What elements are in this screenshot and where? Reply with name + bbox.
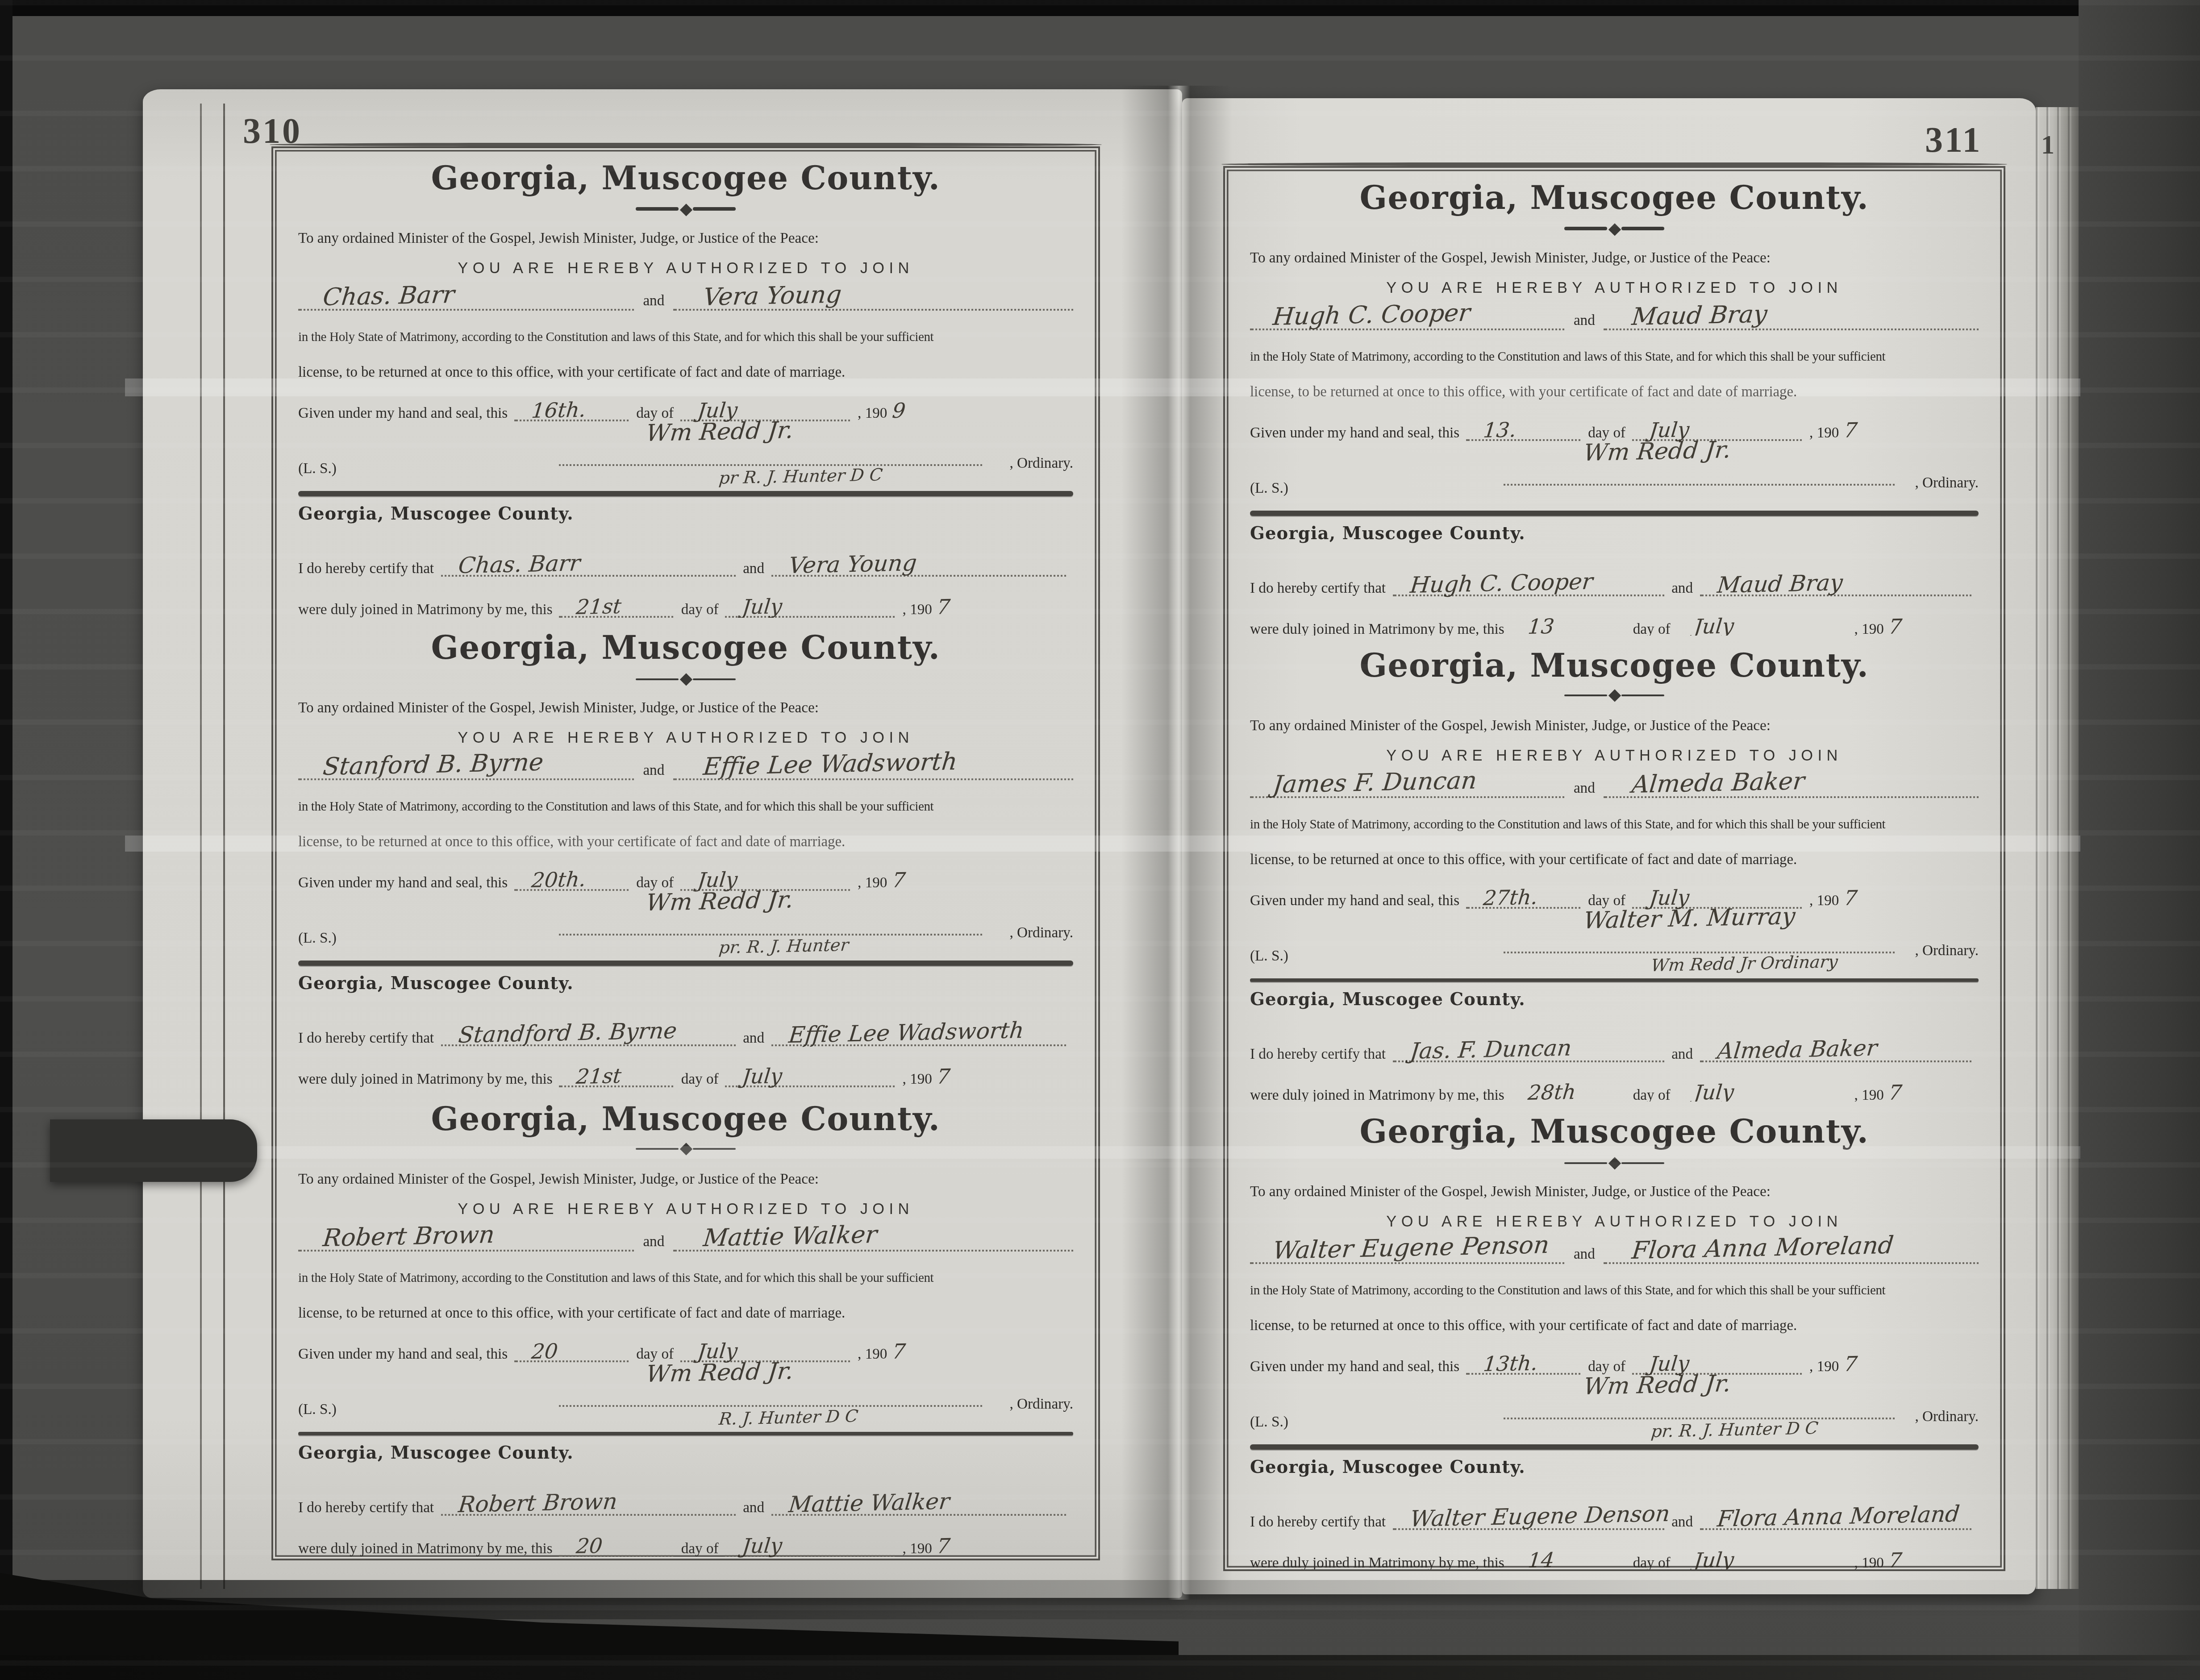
certify-bride-line: Effie Lee Wadsworth [771,1016,1066,1046]
license-month-handwritten: July [697,1338,739,1364]
license-day-handwritten: 16th. [531,397,587,423]
certify-bride-line: Mattie Walker [771,1486,1066,1516]
section-divider-rule [1250,511,1979,515]
married-year-handwritten: 7 [1887,1080,1903,1102]
certify-groom-handwritten: Walter Eugene Denson [1409,1500,1671,1532]
license-signature-row: (L. S.) Wm Redd Jr. , Ordinary. [1250,446,1979,500]
certify-label: I do hereby certify that [1250,1514,1386,1530]
authorization-caption: YOU ARE HEREBY AUTHORIZED TO JOIN [1250,279,1979,296]
certificate-slot-6: Georgia, Muscogee County. To any ordaine… [1225,1102,2004,1569]
ornament-line [693,1148,736,1150]
bride-name-handwritten: Almeda Baker [1630,767,1806,799]
license-day-line: 13th. [1467,1350,1581,1375]
married-year-handwritten: 7 [936,1534,951,1559]
certify-names-row: I do hereby certify that Hugh C. Cooper … [1250,565,1979,595]
license-year-group: , 190 7 [1809,1350,1856,1375]
bride-name-line: Effie Lee Wadsworth [673,749,1073,781]
married-year-handwritten: 7 [1887,1547,1903,1569]
deputy-signature-handwritten: Wm Redd Jr Ordinary [1651,952,1840,976]
certificate-slot-3: Georgia, Muscogee County. To any ordaine… [273,1089,1098,1559]
ornament-line [1564,1161,1607,1164]
certify-names-row: I do hereby certify that Jas. F. Duncan … [1250,1032,1979,1063]
ordinary-label: , Ordinary. [1915,475,1979,491]
ordinary-label: , Ordinary. [1915,942,1979,958]
license-return-clause: license, to be returned at once to this … [298,834,1073,850]
married-day-handwritten: 21st [576,1063,624,1089]
ornament-line [1622,694,1665,697]
license-year-group: , 190 7 [1809,883,1856,908]
given-label: Given under my hand and seal, this [298,1346,508,1362]
bride-name-handwritten: Vera Young [701,281,842,312]
scan-bottom-bar [0,1655,2200,1680]
certify-names-row: I do hereby certify that Walter Eugene D… [1250,1500,1979,1530]
matrimony-clause: in the Holy State of Matrimony, accordin… [298,1269,1050,1285]
section-divider-rule [298,491,1073,495]
authorized-names-row: Chas. Barr and Vera Young [298,279,1073,311]
section-divider-rule [1250,1445,1979,1449]
scale-wrapper: 310 Georgia, Muscogee County. To any ord… [0,0,2200,1680]
certify-groom-handwritten: Standford B. Byrne [457,1016,678,1048]
authorization-caption: YOU ARE HEREBY AUTHORIZED TO JOIN [298,259,1073,277]
left-page-edge-lines [200,104,225,1589]
license-signature-row: (L. S.) Wm Redd Jr. pr R. J. Hunter D C … [298,427,1073,480]
certify-label: I do hereby certify that [1250,579,1386,595]
groom-name-handwritten: Walter Eugene Penson [1272,1232,1551,1266]
married-year-group: , 190 7 [1854,1546,1901,1569]
joined-label: were duly joined in Matrimony by me, thi… [298,1071,553,1087]
certify-bride-handwritten: Maud Bray [1716,568,1844,598]
ornament-diamond [1608,690,1620,701]
married-day-line: 21st [560,592,674,617]
salutation-line: To any ordained Minister of the Gospel, … [1250,250,1979,266]
county-heading: Georgia, Muscogee County. [1250,1114,1979,1152]
ordinary-label: , Ordinary. [1009,925,1073,941]
scan-right-shade [2079,0,2200,1680]
authorized-names-row: Walter Eugene Penson and Flora Anna More… [1250,1232,1979,1264]
marriage-date-row: were duly joined in Matrimony by me, thi… [1250,1546,1979,1569]
married-month-handwritten: July [1694,1547,1736,1569]
license-return-clause: license, to be returned at once to this … [298,1305,1073,1321]
marriage-date-row: were duly joined in Matrimony by me, thi… [1250,1079,1979,1102]
certify-groom-handwritten: Jas. F. Duncan [1409,1035,1573,1065]
certify-groom-handwritten: Robert Brown [457,1488,619,1518]
joined-label: were duly joined in Matrimony by me, thi… [298,1541,553,1557]
and-label: and [643,1233,664,1251]
bride-name-line: Almeda Baker [1604,765,1979,798]
divider-ornament-icon [298,204,1073,214]
certify-bride-handwritten: Mattie Walker [787,1488,951,1518]
license-return-clause: license, to be returned at once to this … [298,364,1073,380]
married-month-line: July [1678,1546,1847,1569]
ordinary-label: , Ordinary. [1009,1396,1073,1412]
license-month-handwritten: July [1649,884,1691,910]
certify-label: I do hereby certify that [298,560,434,576]
given-label: Given under my hand and seal, this [1250,425,1459,441]
and-label: and [643,763,664,781]
bride-name-handwritten: Effie Lee Wadsworth [701,749,958,782]
certify-bride-handwritten: Vera Young [787,548,918,578]
groom-name-handwritten: James F. Duncan [1272,766,1479,799]
and-label: and [743,560,764,576]
married-year-group: , 190 7 [1854,611,1901,635]
certify-groom-line: Robert Brown [441,1486,736,1516]
certify-bride-handwritten: Almeda Baker [1716,1035,1879,1065]
authorized-names-row: Stanford B. Byrne and Effie Lee Wadswort… [298,749,1073,781]
seal-label: (L. S.) [1250,1414,1288,1430]
license-date-row: Given under my hand and seal, this 20 da… [298,1337,1073,1362]
certify-bride-handwritten: Effie Lee Wadsworth [787,1016,1025,1048]
ordinary-signature-block: Wm Redd Jr. pr. R. J. Hunter , Ordinary. [462,897,1073,950]
county-heading: Georgia, Muscogee County. [1250,180,1979,218]
married-day-handwritten: 13 [1528,613,1556,635]
salutation-line: To any ordained Minister of the Gospel, … [298,1171,1073,1187]
salutation-line: To any ordained Minister of the Gospel, … [1250,1184,1979,1200]
and-label: and [743,1030,764,1046]
book-page-edges: 1 [2036,107,2079,1589]
ordinary-signature-block: Wm Redd Jr. R. J. Hunter D C , Ordinary. [462,1367,1073,1421]
certify-groom-line: Standford B. Byrne [441,1016,736,1046]
married-month-line: July [1678,1079,1847,1102]
and-label: and [1671,1514,1693,1530]
page-310: 310 Georgia, Muscogee County. To any ord… [143,89,1182,1598]
matrimony-clause: in the Holy State of Matrimony, accordin… [298,798,1050,815]
year-prefix-label: , 190 [1854,1555,1884,1569]
county-heading: Georgia, Muscogee County. [1250,648,1979,685]
married-day-handwritten: 21st [576,593,624,618]
married-year-group: , 190 7 [903,592,949,617]
marriage-certificate: Georgia, Muscogee County. To any ordaine… [273,618,1098,1088]
day-of-label: day of [636,875,674,891]
certify-county-heading: Georgia, Muscogee County. [298,504,1073,524]
certify-groom-line: Jas. F. Duncan [1393,1032,1664,1063]
year-prefix-label: , 190 [903,601,932,617]
certify-county-heading: Georgia, Muscogee County. [1250,991,1979,1011]
license-year-group: , 190 9 [858,396,904,421]
deputy-signature-handwritten: pr. R. J. Hunter D C [1651,1420,1820,1443]
ornament-line [635,208,678,210]
married-year-handwritten: 7 [1887,613,1903,635]
certify-label: I do hereby certify that [1250,1047,1386,1063]
and-label: and [643,293,664,311]
license-date-row: Given under my hand and seal, this 13th.… [1250,1350,1979,1375]
certify-county-heading: Georgia, Muscogee County. [1250,524,1979,544]
certify-county-heading: Georgia, Muscogee County. [1250,1459,1979,1478]
authorization-caption: YOU ARE HEREBY AUTHORIZED TO JOIN [1250,746,1979,764]
license-day-handwritten: 27th. [1483,884,1539,910]
groom-name-line: Hugh C. Cooper [1250,298,1565,330]
license-day-line: 20th. [515,866,629,891]
year-prefix-label: , 190 [858,405,887,421]
license-year-handwritten: 7 [891,1338,906,1364]
certificate-frame-right: Georgia, Muscogee County. To any ordaine… [1223,166,2005,1571]
license-date-row: Given under my hand and seal, this 20th.… [298,866,1073,891]
ornament-diamond [1608,223,1620,234]
matrimony-clause: in the Holy State of Matrimony, accordin… [1250,1282,1957,1298]
certify-names-row: I do hereby certify that Chas. Barr and … [298,545,1073,576]
and-label: and [1671,579,1693,595]
seal-label: (L. S.) [1250,480,1288,496]
license-year-handwritten: 7 [891,868,906,894]
license-signature-row: (L. S.) Wm Redd Jr. R. J. Hunter D C , O… [298,1367,1073,1421]
day-of-label: day of [681,1071,719,1087]
marriage-date-row: were duly joined in Matrimony by me, thi… [1250,611,1979,635]
license-day-handwritten: 20 [531,1338,559,1363]
married-day-line: 20 [560,1532,674,1557]
joined-label: were duly joined in Matrimony by me, thi… [1250,620,1504,635]
ordinary-signature-handwritten: Wm Redd Jr. [1583,1372,1733,1402]
salutation-line: To any ordained Minister of the Gospel, … [298,700,1073,716]
joined-label: were duly joined in Matrimony by me, thi… [298,601,553,617]
married-year-group: , 190 7 [903,1532,949,1557]
ordinary-signature-block: Wm Redd Jr. pr. R. J. Hunter D C , Ordin… [1413,1381,1979,1434]
section-divider-rule [1250,978,1979,982]
certify-groom-line: Hugh C. Cooper [1393,565,1664,595]
seal-label: (L. S.) [298,931,337,947]
scan-top-bar [0,0,2200,16]
groom-name-handwritten: Robert Brown [322,1221,496,1253]
married-month-line: July [726,1532,896,1557]
marriage-date-row: were duly joined in Matrimony by me, thi… [298,1532,1073,1557]
seal-label: (L. S.) [298,1401,337,1417]
divider-ornament-icon [1250,690,1979,701]
groom-name-line: Stanford B. Byrne [298,749,634,781]
married-year-group: , 190 7 [903,1062,949,1087]
deputy-signature-handwritten: pr R. J. Hunter D C [718,466,884,489]
license-day-handwritten: 13th. [1483,1351,1539,1377]
day-of-label: day of [681,601,719,617]
and-label: and [1574,1247,1595,1264]
divider-ornament-icon [1250,223,1979,234]
license-year-group: , 190 7 [858,866,904,891]
day-of-label: day of [1588,1359,1625,1375]
license-signature-row: (L. S.) Walter M. Murray Wm Redd Jr Ordi… [1250,914,1979,967]
certificate-slot-4: Georgia, Muscogee County. To any ordaine… [1225,168,2004,635]
section-divider-rule [298,1431,1073,1436]
and-label: and [1574,780,1595,798]
ordinary-signature-handwritten: Walter M. Murray [1583,904,1797,935]
married-month-handwritten: July [1694,1080,1736,1102]
license-month-line: July [681,1337,850,1362]
year-prefix-label: , 190 [858,875,887,891]
matrimony-clause: in the Holy State of Matrimony, accordin… [298,329,1050,345]
seal-label: (L. S.) [298,461,337,477]
ordinary-signature-block: Wm Redd Jr. , Ordinary. [1413,446,1979,500]
ordinary-signature-handwritten: Wm Redd Jr. [645,1359,795,1389]
section-divider-rule [298,961,1073,965]
certificate-frame-left: Georgia, Muscogee County. To any ordaine… [271,146,1100,1560]
authorized-names-row: Hugh C. Cooper and Maud Bray [1250,298,1979,330]
marriage-certificate: Georgia, Muscogee County. To any ordaine… [1225,168,2004,635]
license-return-clause: license, to be returned at once to this … [1250,384,1979,400]
married-day-line: 13 [1512,611,1626,635]
day-of-label: day of [1633,620,1671,635]
certificate-slot-1: Georgia, Muscogee County. To any ordaine… [273,148,1098,618]
certify-groom-handwritten: Hugh C. Cooper [1409,567,1594,598]
groom-name-line: Robert Brown [298,1219,634,1251]
authorization-caption: YOU ARE HEREBY AUTHORIZED TO JOIN [1250,1213,1979,1231]
certificate-slot-5: Georgia, Muscogee County. To any ordaine… [1225,635,2004,1102]
license-day-handwritten: 20th. [531,867,587,894]
authorization-caption: YOU ARE HEREBY AUTHORIZED TO JOIN [298,729,1073,747]
given-label: Given under my hand and seal, this [1250,1359,1459,1375]
groom-name-line: Chas. Barr [298,279,634,311]
married-day-handwritten: 14 [1528,1547,1556,1570]
married-year-group: , 190 7 [1854,1079,1901,1102]
certificate-slot-2: Georgia, Muscogee County. To any ordaine… [273,618,1098,1088]
license-day-line: 27th. [1467,883,1581,908]
married-month-line: July [726,592,896,617]
county-heading: Georgia, Muscogee County. [298,161,1073,198]
and-label: and [1574,312,1595,330]
day-of-label: day of [681,1541,719,1557]
year-prefix-label: , 190 [858,1346,887,1362]
license-date-row: Given under my hand and seal, this 27th.… [1250,883,1979,908]
ornament-line [1622,1161,1665,1164]
license-day-line: 13. [1467,416,1581,441]
married-day-line: 14 [1512,1546,1626,1569]
next-page-number: 1 [2041,132,2054,162]
divider-ornament-icon [298,674,1073,684]
salutation-line: To any ordained Minister of the Gospel, … [1250,717,1979,733]
license-day-handwritten: 13. [1483,417,1518,443]
page-edge-stripes [2036,107,2079,1589]
married-month-handwritten: July [742,593,784,619]
married-month-line: July [726,1062,896,1087]
deputy-signature-handwritten: R. J. Hunter D C [718,1407,859,1430]
certify-bride-line: Almeda Baker [1700,1032,1971,1063]
married-month-handwritten: July [1694,613,1736,635]
groom-name-handwritten: Hugh C. Cooper [1272,299,1472,332]
certify-names-row: I do hereby certify that Standford B. By… [298,1016,1073,1046]
license-year-group: , 190 7 [1809,416,1856,441]
license-month-line: July [681,866,850,891]
license-month-line: July [681,396,850,421]
page-311: 311 Georgia, Muscogee County. To any ord… [1182,98,2036,1594]
bride-name-line: Maud Bray [1604,298,1979,330]
authorization-caption: YOU ARE HEREBY AUTHORIZED TO JOIN [298,1199,1073,1217]
divider-ornament-icon [298,1144,1073,1155]
bride-name-line: Flora Anna Moreland [1604,1232,1979,1264]
marriage-certificate: Georgia, Muscogee County. To any ordaine… [273,148,1098,618]
marriage-certificate: Georgia, Muscogee County. To any ordaine… [273,1089,1098,1559]
groom-name-handwritten: Stanford B. Byrne [322,749,545,782]
license-signature-row: (L. S.) Wm Redd Jr. pr. R. J. Hunter D C… [1250,1381,1979,1434]
certify-bride-line: Vera Young [771,545,1066,576]
bride-name-line: Vera Young [673,279,1073,311]
married-day-line: 21st [560,1062,674,1087]
joined-label: were duly joined in Matrimony by me, thi… [1250,1555,1504,1569]
divider-ornament-icon [1250,1157,1979,1168]
ornament-line [1564,694,1607,697]
ordinary-signature-handwritten: Wm Redd Jr. [1583,438,1733,468]
authorized-names-row: James F. Duncan and Almeda Baker [1250,765,1979,798]
license-year-handwritten: 7 [1842,417,1858,443]
ordinary-signature-block: Walter M. Murray Wm Redd Jr Ordinary , O… [1413,914,1979,967]
married-year-handwritten: 7 [936,594,951,619]
license-month-line: July [1633,416,1802,441]
married-day-line: 28th [1512,1079,1626,1102]
ordinary-signature-handwritten: Wm Redd Jr. [645,888,795,918]
ornament-diamond [680,1144,691,1155]
married-day-handwritten: 28th [1528,1080,1578,1102]
certify-bride-line: Maud Bray [1700,565,1971,595]
salutation-line: To any ordained Minister of the Gospel, … [298,230,1073,246]
day-of-label: day of [1588,425,1625,441]
ornament-line [693,208,736,210]
married-month-handwritten: July [742,1533,784,1559]
certify-groom-line: Chas. Barr [441,545,736,576]
day-of-label: day of [636,1346,674,1362]
year-prefix-label: , 190 [903,1541,932,1557]
ordinary-label: , Ordinary. [1009,455,1073,471]
given-label: Given under my hand and seal, this [1250,892,1459,908]
deputy-signature-handwritten: pr. R. J. Hunter [718,937,850,959]
certify-label: I do hereby certify that [298,1030,434,1046]
bride-name-handwritten: Maud Bray [1630,301,1768,332]
marriage-date-row: were duly joined in Matrimony by me, thi… [298,592,1073,617]
day-of-label: day of [1633,1088,1671,1102]
married-day-handwritten: 20 [576,1534,604,1559]
given-label: Given under my hand and seal, this [298,405,508,421]
joined-label: were duly joined in Matrimony by me, thi… [1250,1088,1504,1102]
license-day-line: 16th. [515,396,629,421]
certify-groom-line: Walter Eugene Denson [1393,1500,1664,1530]
year-prefix-label: , 190 [1854,620,1884,635]
license-date-row: Given under my hand and seal, this 13. d… [1250,416,1979,441]
day-of-label: day of [636,405,674,421]
groom-name-line: James F. Duncan [1250,765,1565,798]
bride-name-handwritten: Mattie Walker [701,1221,878,1253]
bride-name-line: Mattie Walker [673,1219,1073,1251]
page-tab-marker [50,1119,257,1182]
ornament-line [635,678,678,680]
certify-bride-line: Flora Anna Moreland [1700,1500,1971,1530]
certify-groom-handwritten: Chas. Barr [457,549,582,578]
groom-name-handwritten: Chas. Barr [322,281,456,312]
day-of-label: day of [1588,892,1625,908]
certify-county-heading: Georgia, Muscogee County. [298,975,1073,994]
and-label: and [743,1500,764,1516]
ordinary-label: , Ordinary. [1915,1409,1979,1425]
certify-names-row: I do hereby certify that Robert Brown an… [298,1486,1073,1516]
ornament-line [635,1148,678,1150]
ornament-line [1564,227,1607,230]
license-year-handwritten: 7 [1842,1352,1858,1377]
marriage-certificate: Georgia, Muscogee County. To any ordaine… [1225,635,2004,1102]
groom-name-line: Walter Eugene Penson [1250,1232,1565,1264]
county-heading: Georgia, Muscogee County. [298,1101,1073,1139]
married-month-handwritten: July [742,1063,784,1089]
authorized-names-row: Robert Brown and Mattie Walker [298,1219,1073,1251]
ordinary-signature-handwritten: Wm Redd Jr. [645,418,795,448]
license-day-line: 20 [515,1337,629,1362]
certify-county-heading: Georgia, Muscogee County. [298,1445,1073,1464]
marriage-certificate: Georgia, Muscogee County. To any ordaine… [1225,1102,2004,1569]
year-prefix-label: , 190 [1854,1088,1884,1102]
scanned-book-spread: 310 Georgia, Muscogee County. To any ord… [0,0,2200,1680]
matrimony-clause: in the Holy State of Matrimony, accordin… [1250,348,1957,364]
license-signature-row: (L. S.) Wm Redd Jr. pr. R. J. Hunter , O… [298,897,1073,950]
certify-bride-handwritten: Flora Anna Moreland [1716,1500,1961,1531]
year-prefix-label: , 190 [1809,1359,1839,1375]
ordinary-signature-block: Wm Redd Jr. pr R. J. Hunter D C , Ordina… [462,427,1073,480]
license-date-row: Given under my hand and seal, this 16th.… [298,396,1073,421]
married-month-line: July [1678,611,1847,635]
ornament-diamond [680,203,691,214]
day-of-label: day of [1633,1555,1671,1569]
license-return-clause: license, to be returned at once to this … [1250,851,1979,867]
year-prefix-label: , 190 [1809,892,1839,908]
